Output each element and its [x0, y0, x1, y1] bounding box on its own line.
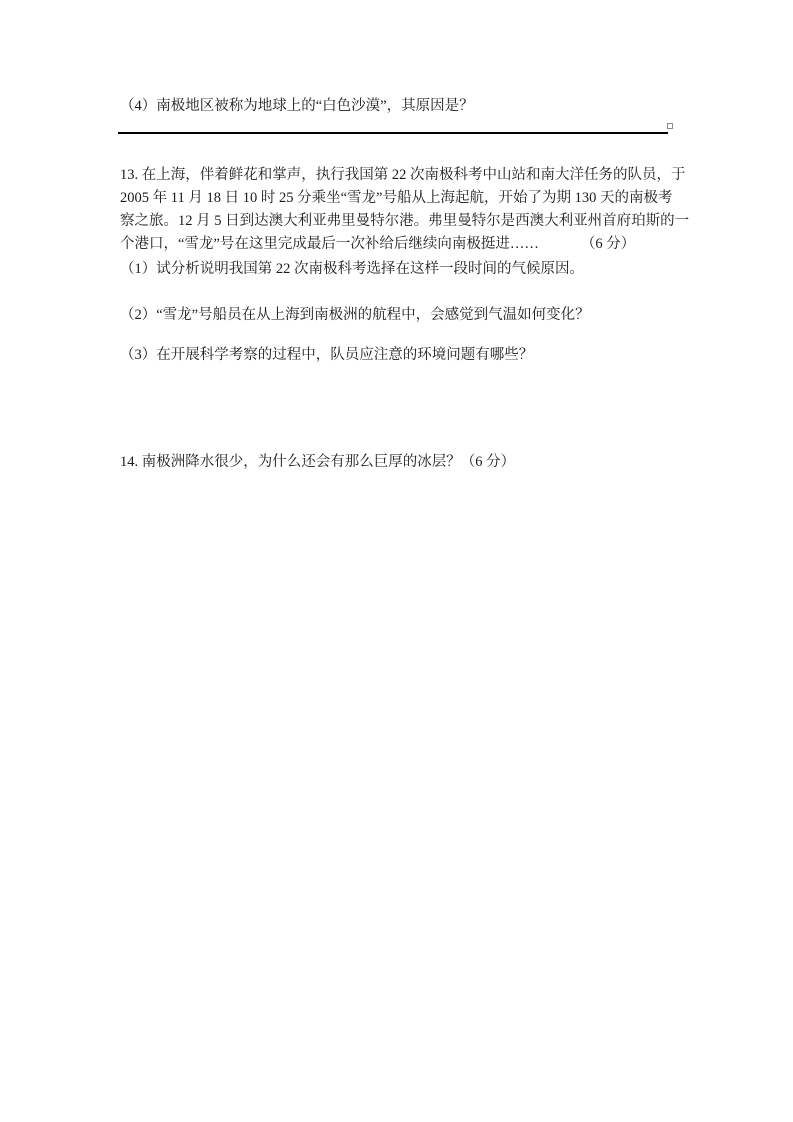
question-13-stem-line: 察之旅。12 月 5 日到达澳大利亚弗里曼特尔港。弗里曼特尔是西澳大利亚州首府珀… [120, 210, 689, 233]
question-13-stem-line: 2005 年 11 月 18 日 10 时 25 分乘坐“雪龙”号船从上海起航，… [120, 187, 689, 210]
question-13-sub-3: （3）在开展科学考察的过程中，队员应注意的环境问题有哪些？ [120, 344, 533, 367]
question-13-sub-1: （1）试分析说明我国第 22 次南极科考选择在这样一段时间的气候原因。 [120, 258, 584, 281]
small-square-marker-icon [667, 123, 673, 129]
question-4-text: （4）南极地区被称为地球上的“白色沙漠”，其原因是？ [120, 95, 474, 118]
question-13-stem-line-text: 个港口，“雪龙”号在这里完成最后一次补给后继续向南极挺进…… [120, 236, 539, 252]
document-page: （4）南极地区被称为地球上的“白色沙漠”，其原因是？ 13. 在上海，伴着鲜花和… [0, 0, 793, 1122]
question-13-stem: 13. 在上海，伴着鲜花和掌声，执行我国第 22 次南极科考中山站和南大洋任务的… [120, 164, 689, 256]
question-13-stem-line: 13. 在上海，伴着鲜花和掌声，执行我国第 22 次南极科考中山站和南大洋任务的… [120, 164, 689, 187]
question-13-score: （6 分） [581, 236, 635, 252]
answer-underline [118, 132, 668, 134]
question-13-sub-2: （2）“雪龙”号船员在从上海到南极洲的航程中，会感觉到气温如何变化？ [120, 304, 590, 327]
question-13-stem-line: 个港口，“雪龙”号在这里完成最后一次补给后继续向南极挺进……（6 分） [120, 233, 689, 256]
question-14-text: 14. 南极洲降水很少，为什么还会有那么巨厚的冰层？（6 分） [120, 451, 515, 474]
